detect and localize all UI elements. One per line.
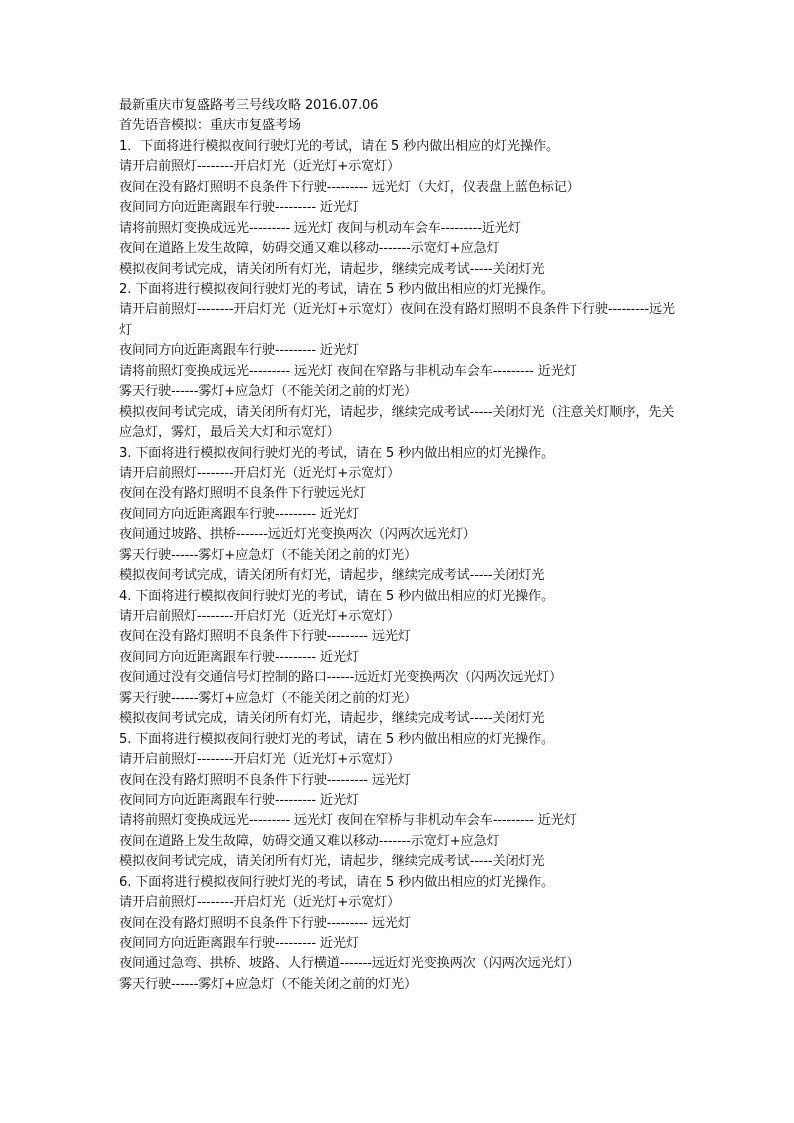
text-line: 模拟夜间考试完成，请关闭所有灯光，请起步，继续完成考试-----关闭灯光（注意关… xyxy=(119,403,679,444)
text-line: 请将前照灯变换成远光--------- 远光灯 夜间与机动车会车--------… xyxy=(119,219,679,239)
text-line: 雾天行驶------雾灯+应急灯（不能关闭之前的灯光） xyxy=(119,382,679,402)
document-page: 最新重庆市复盛路考三号线攻略 2016.07.06 首先语音模拟：重庆市复盛考场… xyxy=(119,96,679,995)
text-line: 请开启前照灯--------开启灯光（近光灯+示宽灯） xyxy=(119,157,679,177)
section-5-heading: 5. 下面将进行模拟夜间行驶灯光的考试，请在 5 秒内做出相应的灯光操作。 xyxy=(119,730,679,750)
text-line: 夜间同方向近距离跟车行驶--------- 近光灯 xyxy=(119,648,679,668)
text-line: 夜间同方向近距离跟车行驶--------- 近光灯 xyxy=(119,505,679,525)
text-line: 夜间通过急弯、拱桥、坡路、人行横道-------远近灯光变换两次（闪两次远光灯） xyxy=(119,954,679,974)
text-line: 模拟夜间考试完成，请关闭所有灯光，请起步，继续完成考试-----关闭灯光 xyxy=(119,852,679,872)
section-2-heading: 2. 下面将进行模拟夜间行驶灯光的考试，请在 5 秒内做出相应的灯光操作。 xyxy=(119,280,679,300)
section-4-heading: 4. 下面将进行模拟夜间行驶灯光的考试，请在 5 秒内做出相应的灯光操作。 xyxy=(119,587,679,607)
text-line: 请将前照灯变换成远光--------- 远光灯 夜间在窄桥与非机动车会车----… xyxy=(119,811,679,831)
section-3-heading: 3. 下面将进行模拟夜间行驶灯光的考试，请在 5 秒内做出相应的灯光操作。 xyxy=(119,444,679,464)
text-line: 模拟夜间考试完成，请关闭所有灯光，请起步，继续完成考试-----关闭灯光 xyxy=(119,566,679,586)
section-1-heading: 1．下面将进行模拟夜间行驶灯光的考试，请在 5 秒内做出相应的灯光操作。 xyxy=(119,137,679,157)
text-line: 夜间在没有路灯照明不良条件下行驶--------- 远光灯 xyxy=(119,627,679,647)
text-line: 夜间同方向近距离跟车行驶--------- 近光灯 xyxy=(119,341,679,361)
text-line: 夜间同方向近距离跟车行驶--------- 近光灯 xyxy=(119,934,679,954)
text-line: 夜间在没有路灯照明不良条件下行驶--------- 远光灯 xyxy=(119,771,679,791)
text-line: 请开启前照灯--------开启灯光（近光灯+示宽灯） xyxy=(119,750,679,770)
document-title: 最新重庆市复盛路考三号线攻略 2016.07.06 xyxy=(119,96,679,116)
document-subtitle: 首先语音模拟：重庆市复盛考场 xyxy=(119,116,679,136)
text-line: 夜间同方向近距离跟车行驶--------- 近光灯 xyxy=(119,198,679,218)
text-line: 模拟夜间考试完成，请关闭所有灯光，请起步，继续完成考试-----关闭灯光 xyxy=(119,709,679,729)
text-line: 夜间在没有路灯照明不良条件下行驶--------- 远光灯 xyxy=(119,914,679,934)
text-line: 请开启前照灯--------开启灯光（近光灯+示宽灯） xyxy=(119,464,679,484)
text-line: 请开启前照灯--------开启灯光（近光灯+示宽灯） xyxy=(119,607,679,627)
text-line: 雾天行驶------雾灯+应急灯（不能关闭之前的灯光） xyxy=(119,546,679,566)
text-line: 请开启前照灯--------开启灯光（近光灯+示宽灯）夜间在没有路灯照明不良条件… xyxy=(119,300,679,341)
text-line: 雾天行驶------雾灯+应急灯（不能关闭之前的灯光） xyxy=(119,975,679,995)
text-line: 夜间通过没有交通信号灯控制的路口------远近灯光变换两次（闪两次远光灯） xyxy=(119,668,679,688)
text-line: 夜间同方向近距离跟车行驶--------- 近光灯 xyxy=(119,791,679,811)
text-line: 夜间在道路上发生故障，妨碍交通又难以移动-------示宽灯+应急灯 xyxy=(119,832,679,852)
text-line: 模拟夜间考试完成，请关闭所有灯光，请起步，继续完成考试-----关闭灯光 xyxy=(119,260,679,280)
text-line: 雾天行驶------雾灯+应急灯（不能关闭之前的灯光） xyxy=(119,689,679,709)
text-line: 夜间在没有路灯照明不良条件下行驶远光灯 xyxy=(119,484,679,504)
text-line: 请将前照灯变换成远光--------- 远光灯 夜间在窄路与非机动车会车----… xyxy=(119,362,679,382)
text-line: 夜间在道路上发生故障，妨碍交通又难以移动-------示宽灯+应急灯 xyxy=(119,239,679,259)
text-line: 请开启前照灯--------开启灯光（近光灯+示宽灯） xyxy=(119,893,679,913)
text-line: 夜间通过坡路、拱桥-------远近灯光变换两次（闪两次远光灯） xyxy=(119,525,679,545)
text-line: 夜间在没有路灯照明不良条件下行驶--------- 远光灯（大灯，仪表盘上蓝色标… xyxy=(119,178,679,198)
section-6-heading: 6. 下面将进行模拟夜间行驶灯光的考试，请在 5 秒内做出相应的灯光操作。 xyxy=(119,873,679,893)
